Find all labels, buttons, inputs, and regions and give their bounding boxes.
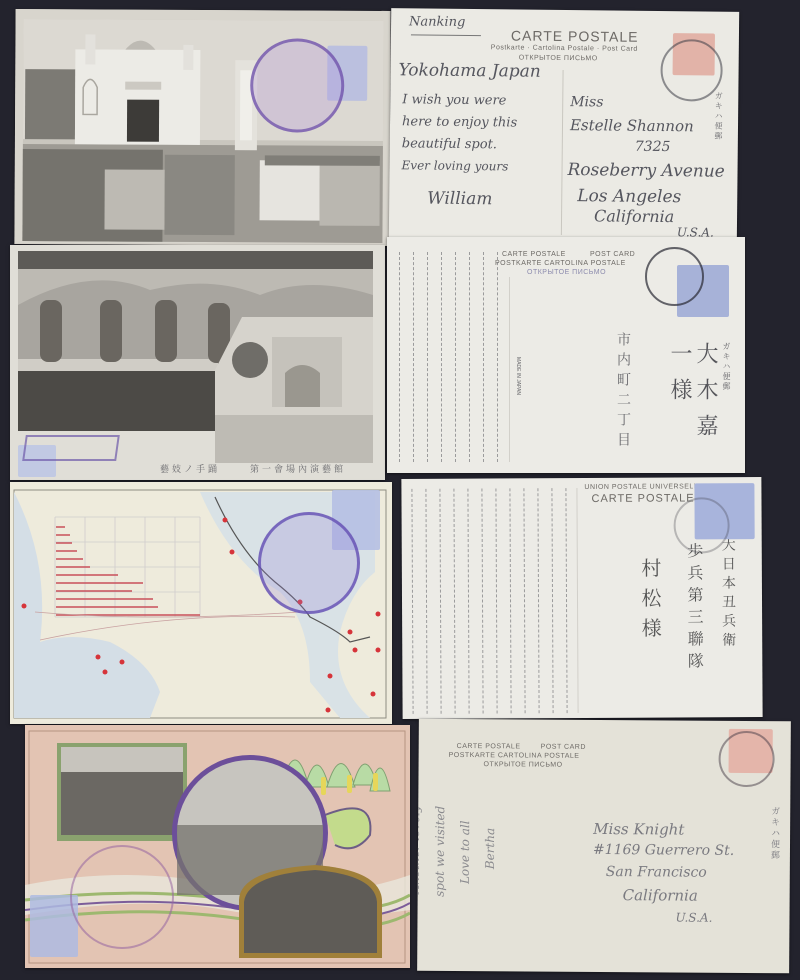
- signature: Bertha: [483, 828, 497, 869]
- message-column: [467, 489, 469, 714]
- vertical-label: ガキハ便郵: [768, 806, 781, 861]
- header-title: CARTE POSTALE: [591, 492, 694, 505]
- address-line: California: [594, 206, 674, 226]
- message-column: [509, 488, 511, 713]
- header-subtitle-1: POST CARD: [541, 744, 586, 751]
- message-column: [495, 488, 497, 713]
- header-title: CARTE POSTALE: [511, 27, 639, 44]
- message-column: [425, 489, 427, 714]
- message-column: [455, 252, 456, 462]
- message-column: [441, 252, 442, 462]
- message-column: [497, 252, 498, 462]
- postcard-stage-performers: 第一會場內演藝館 藝妓ノ手踊: [10, 245, 385, 480]
- message-line: Yokohama Japan: [398, 60, 540, 81]
- caption-right: 第一會場內演藝館: [250, 463, 346, 476]
- address-line: 歩兵第三聯隊: [687, 542, 701, 674]
- message-line: spot we visited: [433, 806, 448, 897]
- address-line: 大日本丑兵衛: [722, 537, 736, 651]
- message-line: I wish you were: [402, 92, 506, 108]
- message-column: [399, 252, 400, 462]
- address-line: Los Angeles: [577, 186, 681, 207]
- postcard-address-side-san-francisco: CARTE POSTALE POST CARD POSTKARTE CARTOL…: [417, 719, 791, 974]
- address-line: 市内町二丁目: [617, 332, 630, 452]
- underline: [411, 34, 481, 36]
- addressee-name: 村松様: [642, 558, 655, 648]
- header-subtitle-2: POSTKARTE CARTOLINA POSTALE: [449, 752, 580, 760]
- made-in-label: MADE IN JAPAN: [511, 357, 524, 395]
- header-subtitle: Postkarte · Cartolina Postale · Post Car…: [491, 44, 638, 53]
- message-line: Another lovely: [417, 805, 422, 893]
- message-column: [537, 488, 539, 713]
- commemorative-postmark: [258, 512, 360, 614]
- message-column: [411, 489, 413, 714]
- header-russian: ОТКРЫТОЕ ПИСЬМО: [527, 269, 606, 276]
- commemorative-postmark: [250, 38, 344, 132]
- postmark: [645, 247, 704, 306]
- address-line: Miss Knight: [593, 820, 684, 839]
- address-line: San Francisco: [606, 864, 707, 881]
- message-column: [453, 489, 455, 714]
- rectangular-cachet: [22, 435, 120, 461]
- postmark: [718, 731, 774, 787]
- address-line: #1169 Guerrero St.: [593, 842, 734, 859]
- header-subtitle: UNION POSTALE UNIVERSELLE: [584, 483, 703, 491]
- addressee-name: 大木嘉一様: [667, 342, 719, 473]
- header-russian: ОТКРЫТОЕ ПИСЬМО: [484, 761, 563, 769]
- postcard-address-side-japanese-1: CARTE POSTALE POST CARD POSTKARTE CARTOL…: [387, 237, 745, 473]
- postcard-address-side-japanese-2: UNION POSTALE UNIVERSELLE CARTE POSTALE …: [401, 477, 762, 719]
- message-line: beautiful spot.: [402, 136, 497, 152]
- message-column: [551, 488, 553, 713]
- message-column: [439, 489, 441, 714]
- postcard-exhibition-building: [14, 9, 390, 246]
- divider: [561, 70, 564, 235]
- address-line: U.S.A.: [675, 911, 712, 925]
- vertical-japanese-label: ガキハ便郵: [712, 92, 726, 142]
- top-note: Nanking: [409, 14, 465, 30]
- postmark: [70, 845, 174, 949]
- vertical-label: ガキハ便郵: [720, 342, 733, 392]
- message-line: Love to all: [458, 820, 472, 884]
- postmark: [673, 497, 729, 553]
- address-line: Estelle Shannon: [570, 116, 694, 135]
- divider: [576, 488, 578, 713]
- message-column: [413, 252, 414, 462]
- message-column: [565, 488, 567, 713]
- header-title: CARTE POSTALE: [457, 743, 521, 750]
- header-title: CARTE POSTALE: [502, 251, 566, 258]
- postcard-address-side-los-angeles: Nanking CARTE POSTALE Postkarte · Cartol…: [389, 8, 739, 245]
- building-photo: [14, 9, 390, 246]
- message-line: Ever loving yours: [402, 158, 509, 173]
- message-line: here to enjoy this: [402, 114, 517, 130]
- message-column: [523, 488, 525, 713]
- address-line: Roseberry Avenue: [567, 160, 724, 182]
- signature: William: [427, 189, 492, 210]
- caption-left: 藝妓ノ手踊: [160, 463, 220, 476]
- message-column: [427, 252, 428, 462]
- address-line: Miss: [570, 94, 603, 110]
- header-subtitle-2: POSTKARTE CARTOLINA POSTALE: [495, 260, 626, 267]
- address-line: 7325: [635, 139, 671, 155]
- message-column: [469, 252, 470, 462]
- postcard-art-nouveau-vignettes: [25, 725, 410, 968]
- message-column: [481, 489, 483, 714]
- postcard-railway-map: [10, 482, 392, 724]
- divider: [509, 277, 510, 462]
- address-line: California: [623, 886, 698, 905]
- message-column: [483, 252, 484, 462]
- header-subtitle-1: POST CARD: [590, 251, 635, 258]
